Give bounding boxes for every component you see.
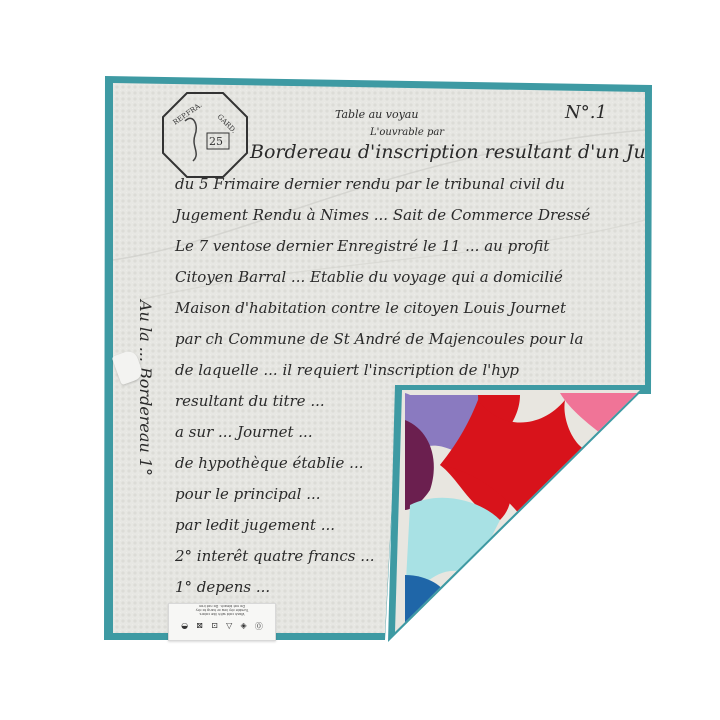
- manuscript-line: 1° depens ...: [175, 578, 270, 596]
- care-label-tag: Wash cold with like colors Tumble dry lo…: [168, 603, 276, 641]
- manuscript-line: de laquelle ... il requiert l'inscriptio…: [175, 361, 519, 379]
- svg-text:Table au voyau: Table au voyau: [335, 108, 418, 121]
- manuscript-line: Jugement Rendu à Nimes ... Sait de Comme…: [172, 206, 590, 224]
- manuscript-line: du 5 Frimaire dernier rendu par le tribu…: [175, 175, 565, 193]
- towel-folded-corner: [388, 385, 650, 645]
- manuscript-line: de hypothèque établie ...: [175, 454, 363, 472]
- manuscript-line: a sur ... Journet ...: [175, 423, 313, 441]
- manuscript-line: Le 7 ventose dernier Enregistré le 11 ..…: [174, 237, 550, 255]
- dry-clean-icon: ◈: [240, 621, 246, 632]
- manuscript-line: Citoyen Barral ... Etablie du voyage qui…: [175, 268, 563, 286]
- manuscript-line: Maison d'habitation contre le citoyen Lo…: [174, 299, 567, 317]
- no-bleach-icon: ⊠: [196, 621, 203, 632]
- tumble-dry-icon: ⊡: [211, 621, 218, 632]
- wash-icon: ◒: [181, 621, 188, 632]
- manuscript-line: 2° interêt quatre francs ...: [174, 547, 375, 565]
- svg-text:25: 25: [209, 135, 223, 148]
- no-iron-icon: ▽: [226, 621, 232, 632]
- manuscript-line: par ch Commune de St André de Majencoule…: [175, 330, 583, 348]
- svg-text:L'ouvrable par: L'ouvrable par: [369, 127, 445, 138]
- manuscript-line: resultant du titre ...: [175, 392, 325, 410]
- manuscript-line: par ledit jugement ...: [175, 516, 335, 534]
- manuscript-line: pour le principal ...: [175, 485, 321, 503]
- svg-text:Au la ... Bordereau 1°: Au la ... Bordereau 1°: [136, 298, 155, 476]
- manuscript-number: N°.1: [564, 102, 607, 123]
- care-tag-text: Wash cold with like colors Tumble dry lo…: [169, 604, 275, 618]
- towel-photo: REP.FRA. GARD. 25 N°.1 Table au voyau L'…: [0, 0, 720, 720]
- info-icon: ⓪: [255, 621, 263, 632]
